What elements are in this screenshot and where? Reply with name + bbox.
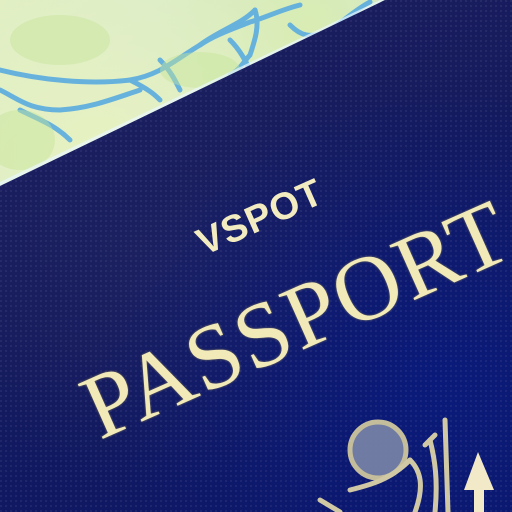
emblem-icon xyxy=(310,390,512,512)
photo-scene: VSPOT PASSPORT xyxy=(0,0,512,512)
